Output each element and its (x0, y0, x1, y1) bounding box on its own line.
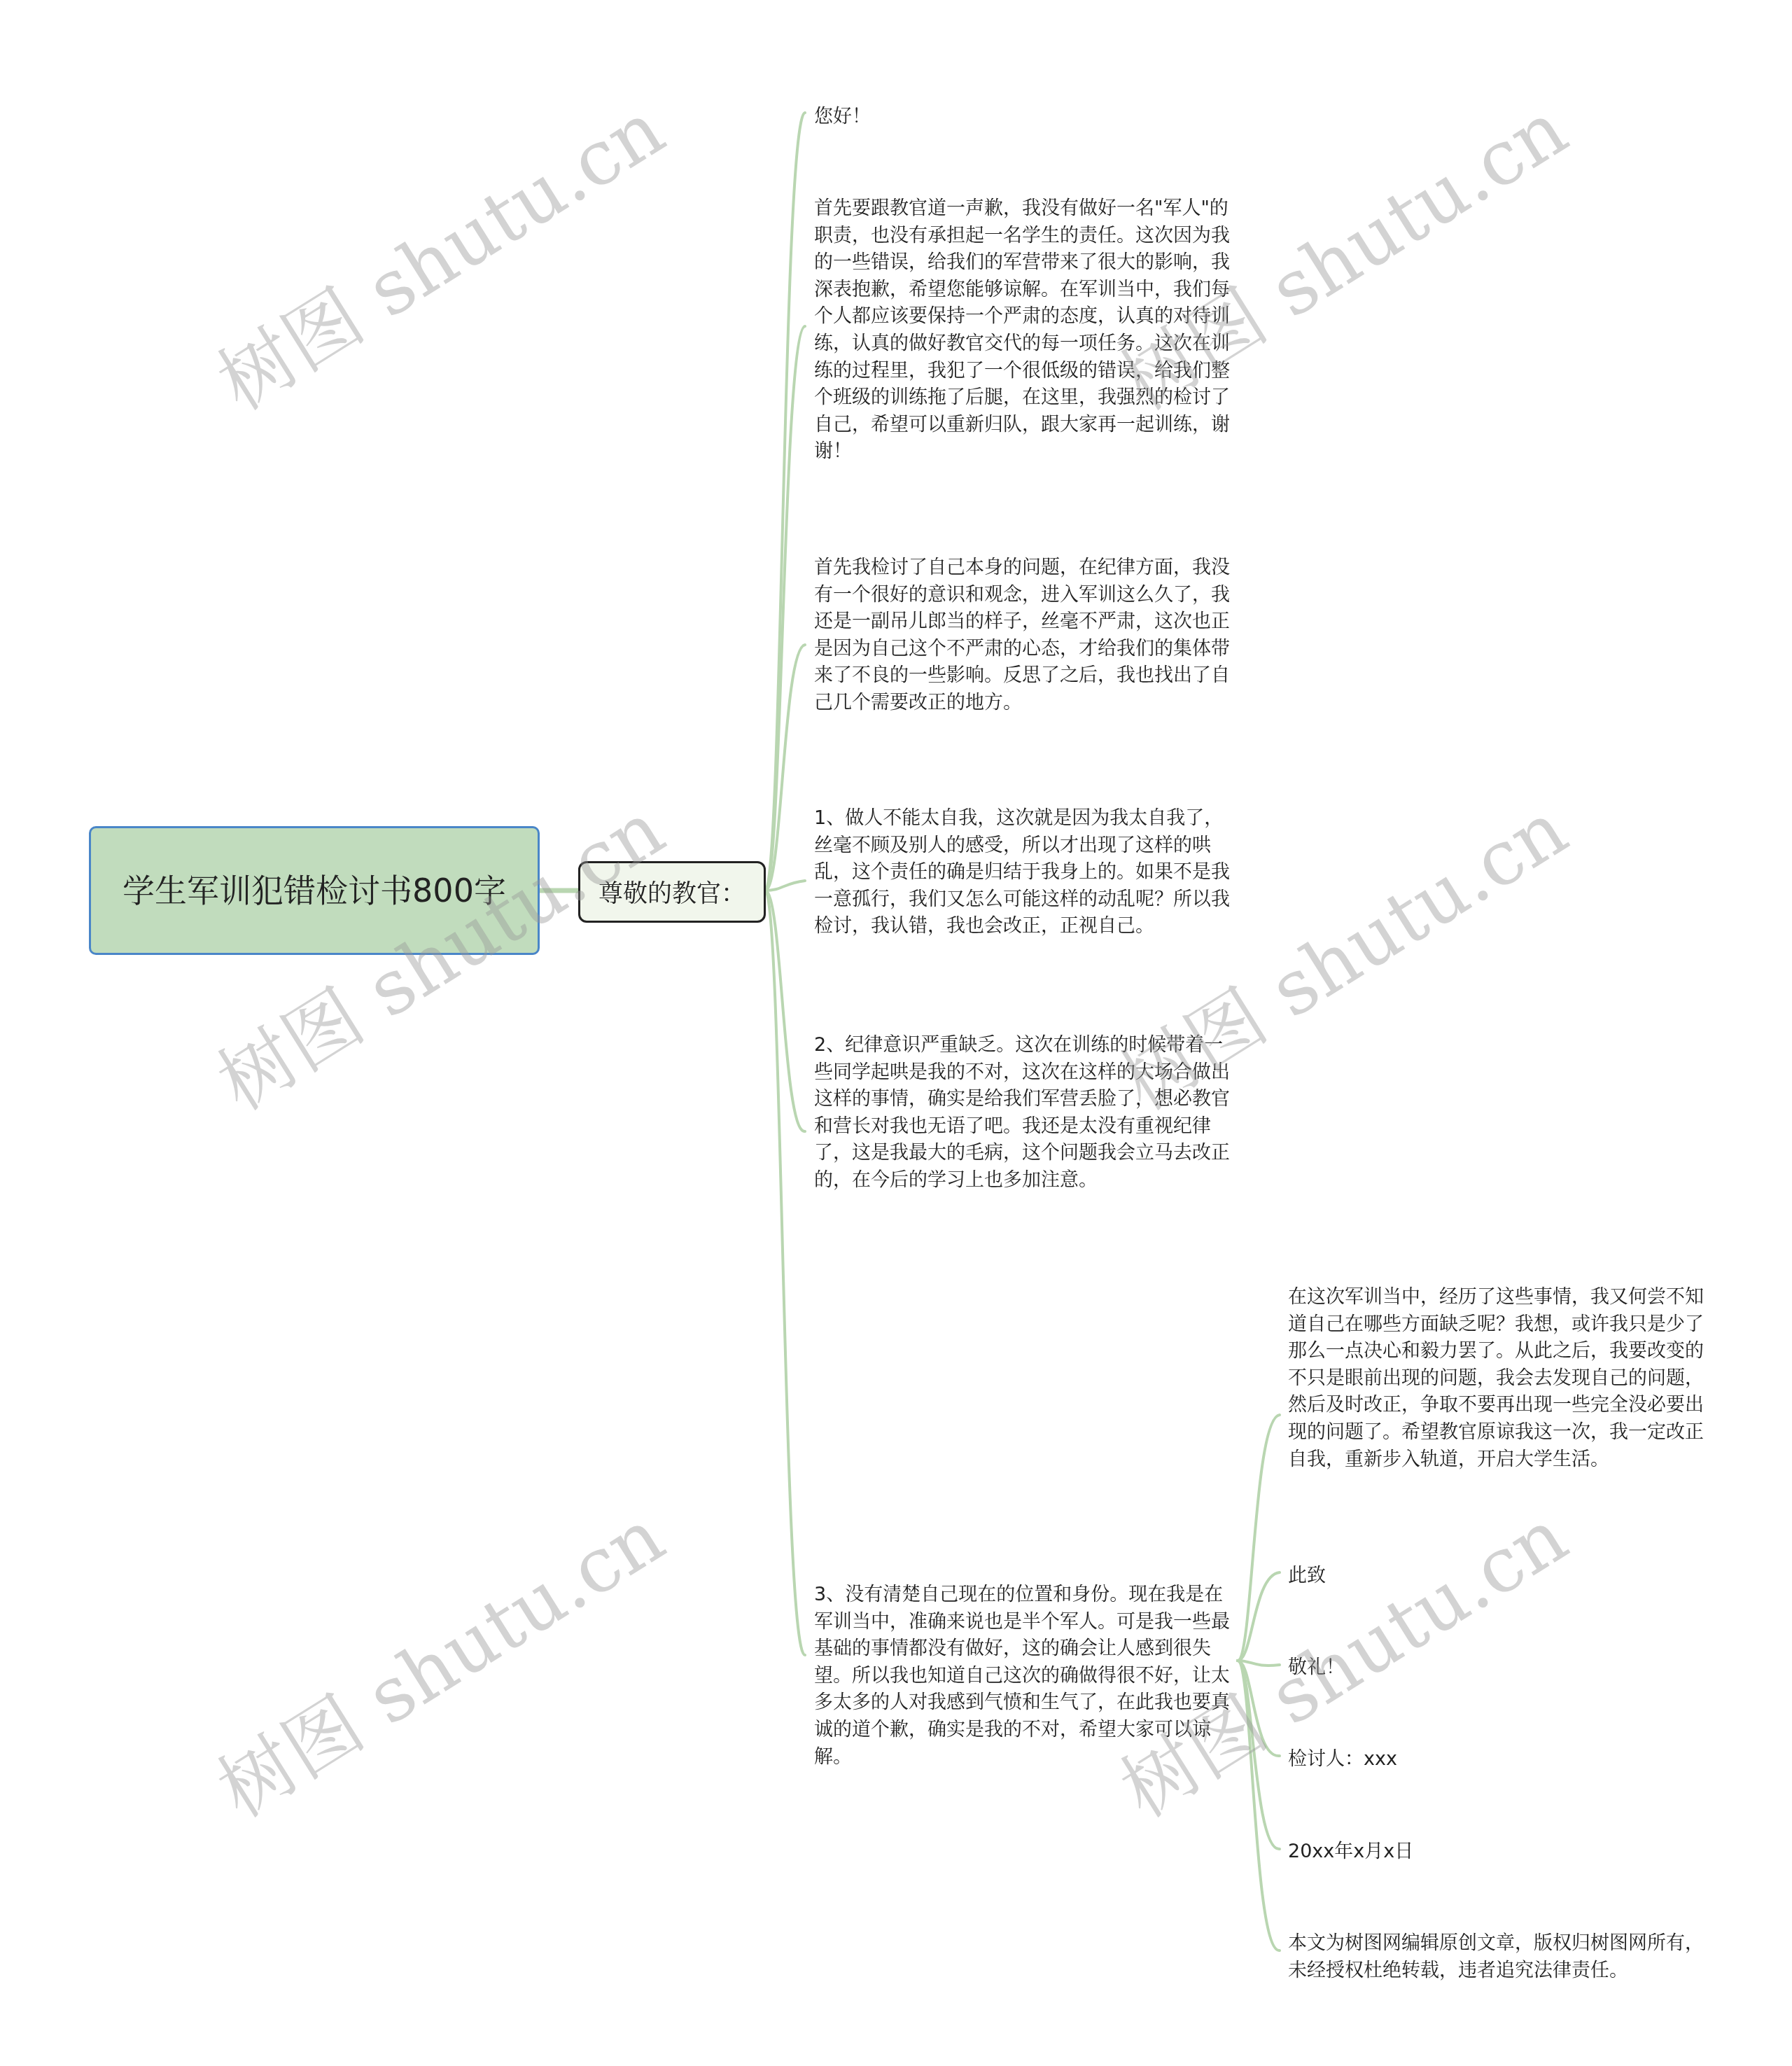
subleaf-node[interactable]: 在这次军训当中，经历了这些事情，我又何尝不知道自己在哪些方面缺乏呢？我想，或许我… (1288, 1284, 1708, 1473)
subleaf-node[interactable]: 检讨人：xxx (1288, 1746, 1708, 1773)
root-title: 学生军训犯错检讨书800字 (122, 869, 506, 912)
subleaf-node[interactable]: 20xx年x月x日 (1288, 1838, 1708, 1866)
leaf-node[interactable]: 首先我检讨了自己本身的问题，在纪律方面，我没有一个很好的意识和观念，进入军训这么… (814, 554, 1234, 717)
branch-label: 尊敬的教官： (598, 874, 745, 909)
subleaf-node[interactable]: 本文为树图网编辑原创文章，版权归树图网所有，未经授权杜绝转载，违者追究法律责任。 (1288, 1930, 1708, 1984)
leaf-node[interactable]: 2、纪律意识严重缺乏。这次在训练的时候带着一些同学起哄是我的不对，这次在这样的大… (814, 1032, 1234, 1194)
leaf-node[interactable]: 首先要跟教官道一声歉，我没有做好一名"军人"的职责，也没有承担起一名学生的责任。… (814, 195, 1234, 466)
subleaf-node[interactable]: 此致 (1288, 1563, 1708, 1590)
leaf-node[interactable]: 1、做人不能太自我，这次就是因为我太自我了，丝毫不顾及别人的感受，所以才出现了这… (814, 805, 1234, 940)
subleaf-node[interactable]: 敬礼！ (1288, 1654, 1708, 1682)
branch-node-greeting[interactable]: 尊敬的教官： (578, 861, 766, 923)
leaf-node[interactable]: 您好！ (814, 104, 1234, 131)
leaf-node[interactable]: 3、没有清楚自己现在的位置和身份。现在我是在军训当中，准确来说也是半个军人。可是… (814, 1582, 1234, 1771)
root-node[interactable]: 学生军训犯错检讨书800字 (89, 826, 540, 955)
